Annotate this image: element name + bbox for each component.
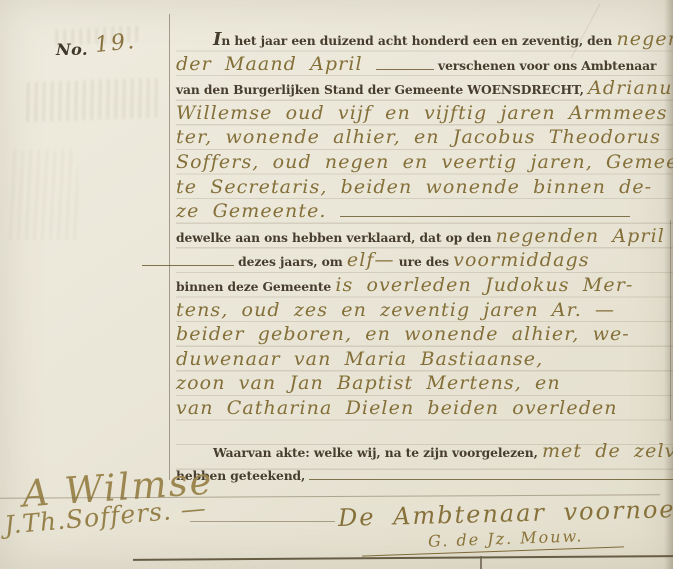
handwritten-text: met de zelven [542, 440, 673, 462]
document-line: binnen deze Gemeente is overleden Judoku… [176, 273, 673, 298]
document-line: beider geboren, en wonende alhier, we- [176, 322, 673, 347]
document-line: te Secretaris, beiden wonende binnen de- [176, 175, 673, 200]
printed-text: verschenen voor ons Ambtenaar [434, 58, 657, 73]
document-line: zoon van Jan Baptist Mertens, en [176, 371, 673, 396]
handwritten-text: Willemse oud vijf en vijftig jaren Armme… [176, 102, 668, 124]
handwritten-text: tens, oud zes en zeventig jaren Ar. — [176, 299, 615, 321]
handwritten-text: elf— [347, 249, 395, 271]
bleed-through-marks [21, 78, 162, 123]
document-line: ze Gemeente. [176, 199, 673, 224]
printed-text: dezes jaars, om [234, 254, 347, 269]
handwritten-text: Soffers, oud negen en veertig jaren, Gem… [176, 151, 673, 173]
handwritten-text: Adrianus [588, 77, 673, 99]
handwritten-text: ze Gemeente. [176, 200, 340, 222]
handwritten-text: is overleden Judokus Mer- [335, 274, 633, 296]
handwritten-text: beider geboren, en wonende alhier, we- [176, 323, 630, 345]
document-line: tens, oud zes en zeventig jaren Ar. — [176, 298, 673, 323]
handwritten-text: ter, wonende alhier, en Jacobus Theodoru… [176, 126, 673, 148]
blank-line-rule [142, 252, 234, 266]
printed-text: ure des [395, 254, 454, 269]
blank-line-rule [309, 466, 673, 480]
document-page: No. 19. In het jaar een duizend acht hon… [0, 0, 673, 569]
handwritten-text: voormiddags [453, 249, 589, 271]
document-line: duwenaar van Maria Bastiaanse, [176, 347, 673, 372]
official-title-script: De Ambtenaar voornoemd [338, 494, 673, 532]
page-edge-line [670, 220, 671, 420]
margin-rule [169, 14, 170, 480]
blank-line-rule [340, 203, 630, 217]
document-line: Willemse oud vijf en vijftig jaren Armme… [176, 101, 673, 126]
official-signature: G. de Jz. Mouw. [428, 526, 584, 550]
document-line: dewelke aan ons hebben verklaard, dat op… [176, 224, 673, 249]
document-line: In het jaar een duizend acht honderd een… [176, 27, 673, 52]
blank-line-rule [376, 56, 434, 70]
act-number-value: 19. [94, 29, 137, 58]
document-body: In het jaar een duizend acht honderd een… [176, 27, 673, 488]
document-line: dezes jaars, om elf— ure des voormiddags [176, 248, 673, 273]
printed-text: Waarvan akte: welke wij, na te zijn voor… [213, 445, 542, 460]
bottom-rule [133, 555, 673, 561]
act-number-label: No. [56, 40, 88, 59]
document-line: van den Burgerlijken Stand der Gemeente … [176, 76, 673, 101]
document-line: Waarvan akte: welke wij, na te zijn voor… [176, 439, 673, 464]
handwritten-text: der Maand April [176, 53, 376, 75]
printed-text: binnen deze Gemeente [176, 279, 335, 294]
document-line: ter, wonende alhier, en Jacobus Theodoru… [176, 125, 673, 150]
printed-text: n het jaar een duizend acht honderd een … [221, 33, 616, 48]
page-edge-shadow [664, 0, 673, 569]
document-line: Soffers, oud negen en veertig jaren, Gem… [176, 150, 673, 175]
handwritten-text: negenden April [496, 225, 665, 247]
handwritten-text: van Catharina Dielen beiden overleden [176, 397, 618, 419]
document-line: hebben geteekend, [176, 463, 673, 488]
handwritten-text: duwenaar van Maria Bastiaanse, [176, 348, 543, 370]
document-line: der Maand April verschenen voor ons Ambt… [176, 52, 673, 77]
printed-text: dewelke aan ons hebben verklaard, dat op… [176, 230, 496, 245]
printed-text: van den Burgerlijken Stand der Gemeente … [176, 82, 588, 97]
document-line: van Catharina Dielen beiden overleden [176, 396, 673, 421]
bleed-through-marks [8, 150, 78, 240]
signature-dash [190, 521, 335, 522]
fold-mark [480, 556, 482, 569]
handwritten-text: zoon van Jan Baptist Mertens, en [176, 372, 561, 394]
handwritten-text: te Secretaris, beiden wonende binnen de- [176, 176, 652, 198]
